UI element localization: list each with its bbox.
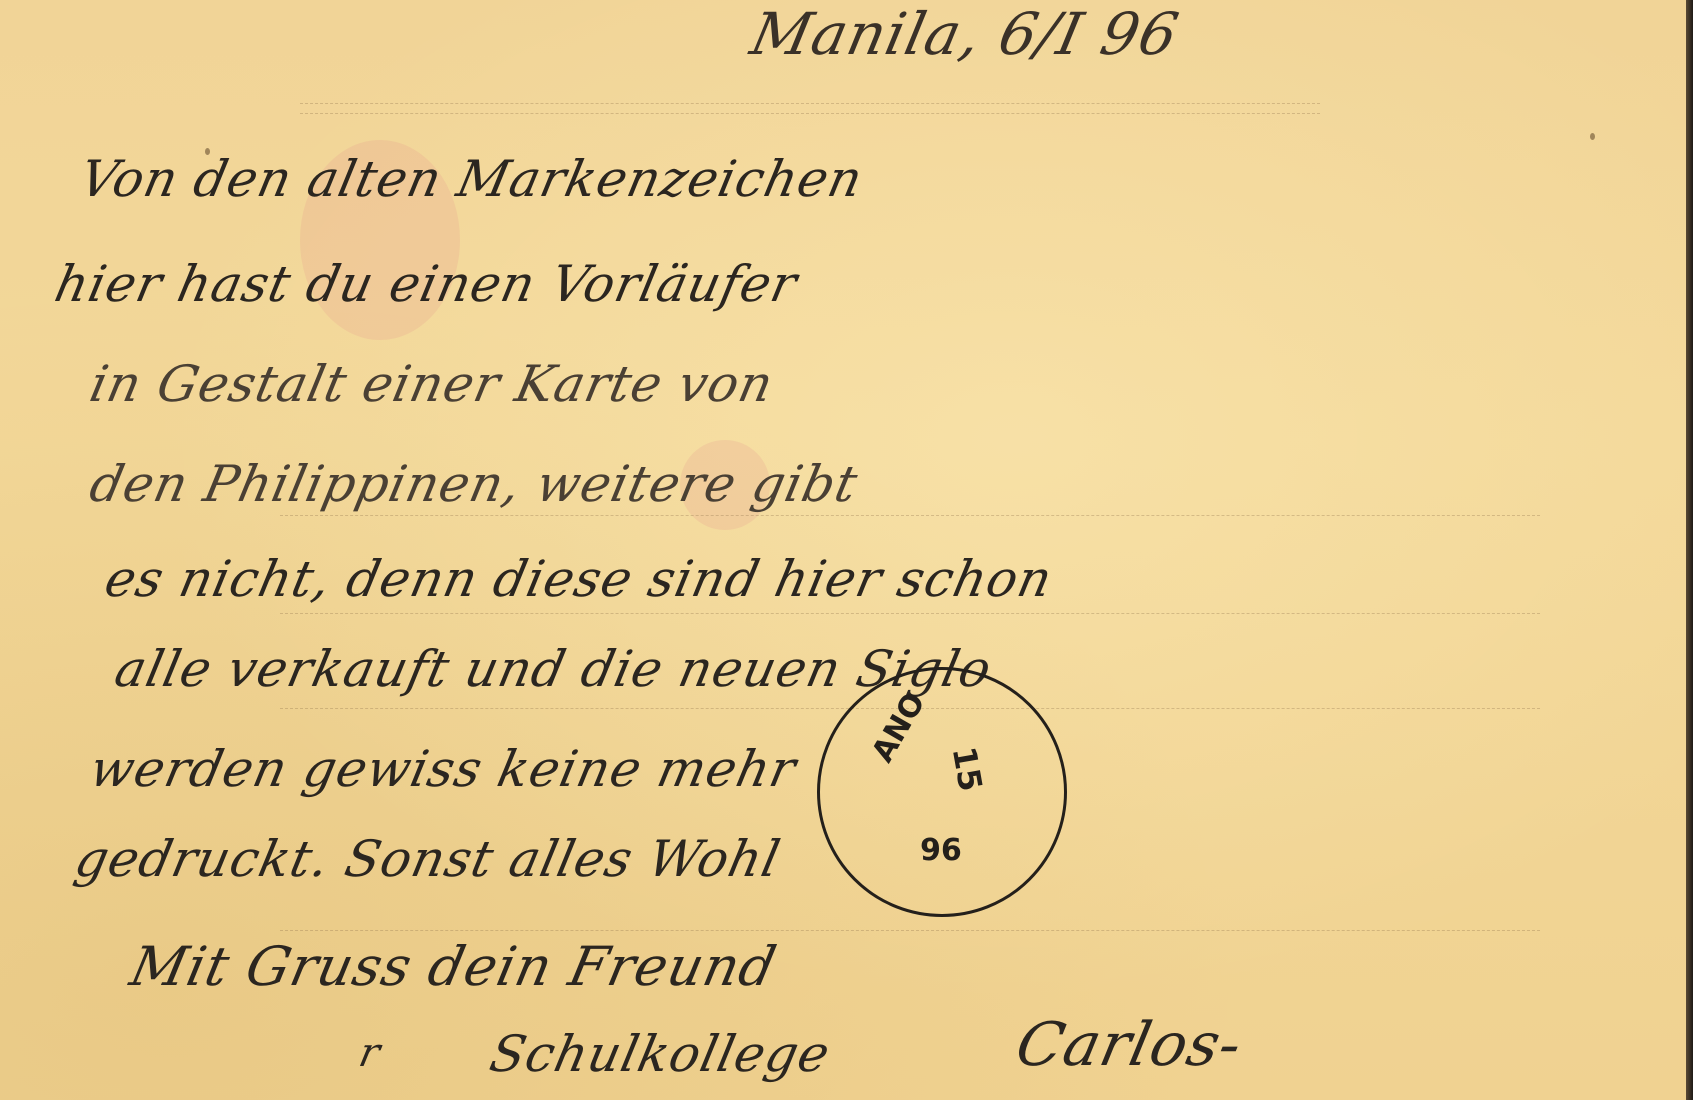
ruled-line [280, 515, 1540, 516]
ruled-line [280, 930, 1540, 931]
signature: Carlos- [1010, 1010, 1249, 1080]
body-line-4: den Philippinen, weitere gibt [85, 455, 863, 513]
body-line-6: alle verkauft und die neuen Siglo [110, 640, 997, 698]
body-line-3: in Gestalt einer Karte von [85, 355, 779, 413]
ruled-line [300, 103, 1320, 104]
postcard: Manila, 6/I 96 Von den alten Markenzeich… [0, 0, 1686, 1100]
closing-greeting: Mit Gruss dein Freund [125, 935, 782, 998]
signature-prefix: Schulkollege [485, 1025, 836, 1083]
postmark-top-text: ANO [865, 687, 932, 768]
body-line-2: hier hast du einen Vorläufer [50, 255, 803, 313]
postmark-year: 96 [920, 830, 962, 865]
body-line-7: werden gewiss keine mehr [85, 740, 802, 798]
body-line-5: es nicht, denn diese sind hier schon [100, 550, 1058, 608]
ruled-line [280, 613, 1540, 614]
ink-speck [1590, 133, 1595, 140]
marginal-mark: r [355, 1030, 385, 1076]
ruled-line [300, 113, 1320, 114]
postmark-day: 15 [945, 744, 990, 794]
place-date: Manila, 6/I 96 [745, 0, 1185, 68]
scan-edge [1686, 0, 1693, 1100]
postmark: ANO 15 96 [817, 667, 1067, 917]
body-line-8: gedruckt. Sonst alles Wohl [70, 830, 786, 888]
body-line-1: Von den alten Markenzeichen [75, 150, 868, 208]
